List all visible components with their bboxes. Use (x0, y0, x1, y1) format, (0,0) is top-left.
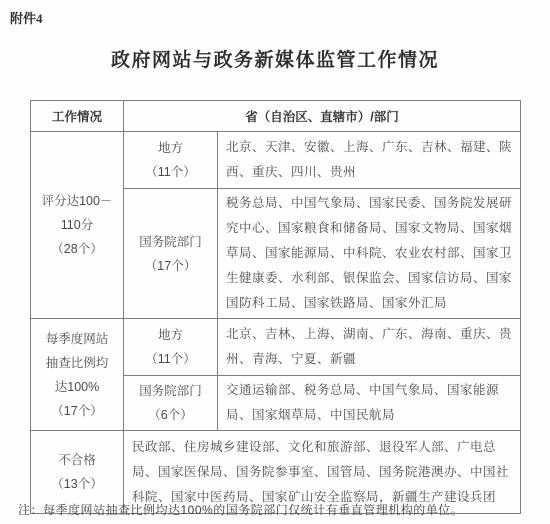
header-province-department: 省（自治区、直辖市）/部门 (124, 101, 521, 132)
entities-list: 北京、天津、安徽、上海、广东、吉林、福建、陕西、重庆、四川、贵州 (218, 132, 521, 189)
page-title: 政府网站与政务新媒体监管工作情况 (0, 45, 550, 72)
entities-list: 北京、吉林、上海、湖南、广东、海南、重庆、贵州、青海、宁夏、新疆 (218, 319, 521, 376)
attachment-label: 附件4 (10, 8, 43, 27)
entities-list: 交通运输部、税务总局、中国气象局、国家能源局、国家烟草局、中国民航局 (218, 376, 521, 431)
subtype-local: 地方 （11个） (124, 319, 218, 376)
group-label-score-100-110: 评分达100－ 110分 （28个） (31, 132, 124, 319)
table-row: 评分达100－ 110分 （28个） 地方 （11个） 北京、天津、安徽、上海、… (31, 132, 521, 189)
header-work-status: 工作情况 (31, 101, 124, 132)
group-label-quarterly-100pct: 每季度网站 抽查比例均 达100% （17个） (31, 319, 124, 431)
table-header-row: 工作情况 省（自治区、直辖市）/部门 (31, 101, 521, 132)
entities-list: 税务总局、中国气象局、国家民委、国务院发展研究中心、国家粮食和储备局、国家文物局… (218, 189, 521, 319)
document-page: { "page": { "attachment_label": "附件4", "… (0, 0, 550, 524)
supervision-table: 工作情况 省（自治区、直辖市）/部门 评分达100－ 110分 （28个） 地方… (30, 100, 521, 514)
subtype-state-council: 国务院部门 （6个） (124, 376, 218, 431)
table-row: 每季度网站 抽查比例均 达100% （17个） 地方 （11个） 北京、吉林、上… (31, 319, 521, 376)
subtype-state-council: 国务院部门 （17个） (124, 189, 218, 319)
subtype-local: 地方 （11个） (124, 132, 218, 189)
footnote: 注：每季度网站抽查比例均达100%的国务院部门仅统计有垂直管理机构的单位。 (18, 501, 463, 518)
